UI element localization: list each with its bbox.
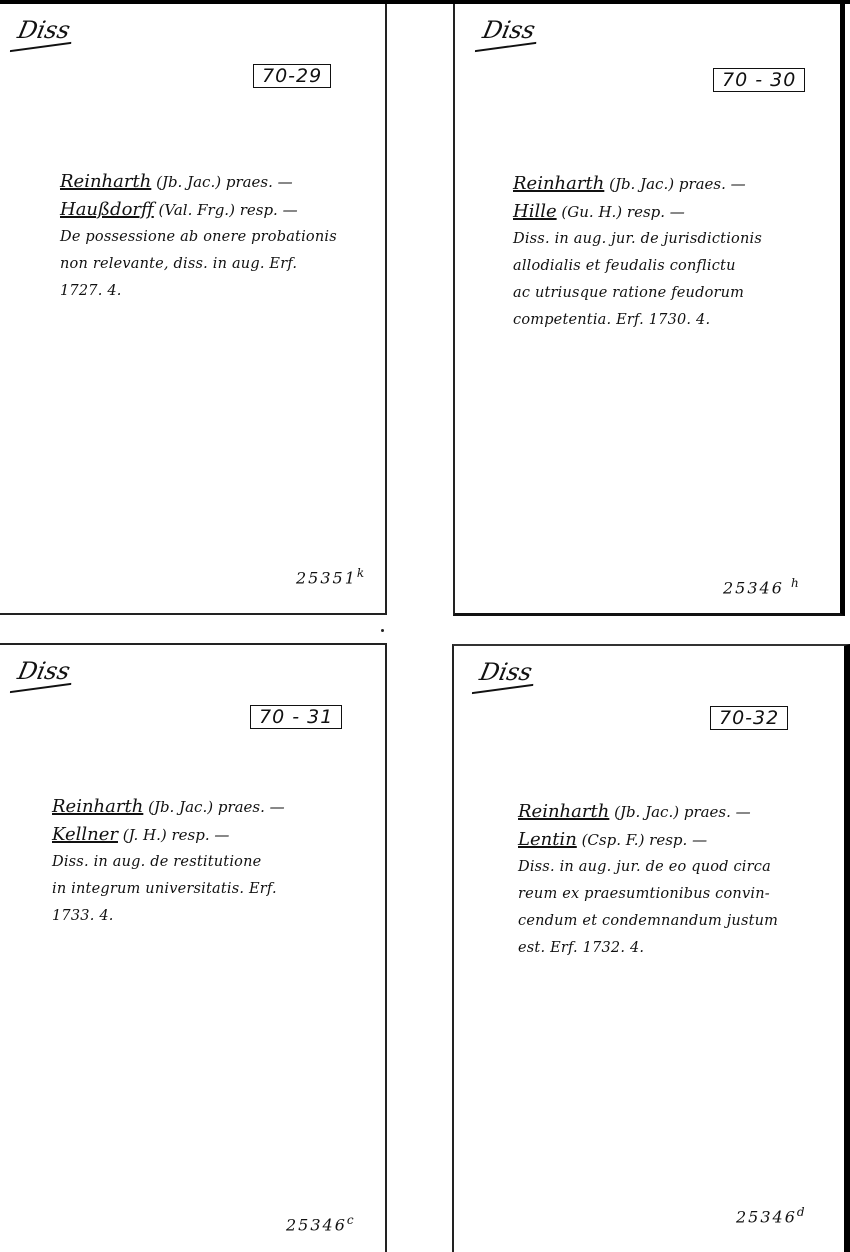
accession-number: 25346d <box>736 1205 805 1226</box>
call-number: 70-32 <box>710 706 788 730</box>
accession-number: 25346 h <box>723 576 799 597</box>
respondent-initials: (J. H.) resp. — <box>123 826 230 844</box>
scan-speck <box>381 629 384 632</box>
praeses-initials: (Jb. Jac.) praes. — <box>156 173 293 191</box>
title-line: allodialis et feudalis conflictu <box>513 253 835 280</box>
category-mark: Diss <box>15 657 73 687</box>
accession-number: 25351k <box>296 566 364 587</box>
praeses-initials: (Jb. Jac.) praes. — <box>609 175 746 193</box>
title-line: 1733. 4. <box>52 903 374 930</box>
bibliographic-entry: Reinharth (Jb. Jac.) praes. — Lentin (Cs… <box>518 798 840 962</box>
title-line: competentia. Erf. 1730. 4. <box>513 307 835 334</box>
bibliographic-entry: Reinharth (Jb. Jac.) praes. — Hille (Gu.… <box>513 170 835 334</box>
respondent-initials: (Val. Frg.) resp. — <box>159 201 298 219</box>
category-mark: Diss <box>480 16 538 46</box>
respondent-name: Kellner <box>52 824 118 845</box>
category-mark: Diss <box>477 658 535 688</box>
title-line: est. Erf. 1732. 4. <box>518 935 840 962</box>
praeses-name: Reinharth <box>518 801 609 822</box>
praeses-name: Reinharth <box>52 796 143 817</box>
call-number: 70 - 31 <box>250 705 342 729</box>
respondent-name: Haußdorff <box>60 199 154 220</box>
bibliographic-entry: Reinharth (Jb. Jac.) praes. — Haußdorff … <box>60 168 382 305</box>
title-line: reum ex praesumtionibus convin- <box>518 881 840 908</box>
title-line: non relevante, diss. in aug. Erf. <box>60 251 382 278</box>
respondent-name: Hille <box>513 201 557 222</box>
catalog-card-70-29: Diss 70-29 Reinharth (Jb. Jac.) praes. —… <box>0 4 387 615</box>
title-line: De possessione ab onere probationis <box>60 224 382 251</box>
catalog-card-70-32: Diss 70-32 Reinharth (Jb. Jac.) praes. —… <box>452 644 850 1252</box>
praeses-initials: (Jb. Jac.) praes. — <box>614 803 751 821</box>
title-line: cendum et condemnandum justum <box>518 908 840 935</box>
title-line: Diss. in aug. de restitutione <box>52 849 374 876</box>
catalog-card-70-30: Diss 70 - 30 Reinharth (Jb. Jac.) praes.… <box>453 4 845 616</box>
title-line: Diss. in aug. jur. de eo quod circa <box>518 854 840 881</box>
call-number: 70 - 30 <box>713 68 805 92</box>
title-line: ac utriusque ratione feudorum <box>513 280 835 307</box>
praeses-name: Reinharth <box>513 173 604 194</box>
call-number: 70-29 <box>253 64 331 88</box>
category-mark: Diss <box>15 16 73 46</box>
title-line: 1727. 4. <box>60 278 382 305</box>
praeses-initials: (Jb. Jac.) praes. — <box>148 798 285 816</box>
respondent-initials: (Csp. F.) resp. — <box>582 831 708 849</box>
praeses-name: Reinharth <box>60 171 151 192</box>
catalog-card-70-31: Diss 70 - 31 Reinharth (Jb. Jac.) praes.… <box>0 643 387 1252</box>
title-line: Diss. in aug. jur. de jurisdictionis <box>513 226 835 253</box>
accession-number: 25346c <box>286 1213 354 1234</box>
bibliographic-entry: Reinharth (Jb. Jac.) praes. — Kellner (J… <box>52 793 374 930</box>
respondent-name: Lentin <box>518 829 577 850</box>
title-line: in integrum universitatis. Erf. <box>52 876 374 903</box>
respondent-initials: (Gu. H.) resp. — <box>561 203 684 221</box>
